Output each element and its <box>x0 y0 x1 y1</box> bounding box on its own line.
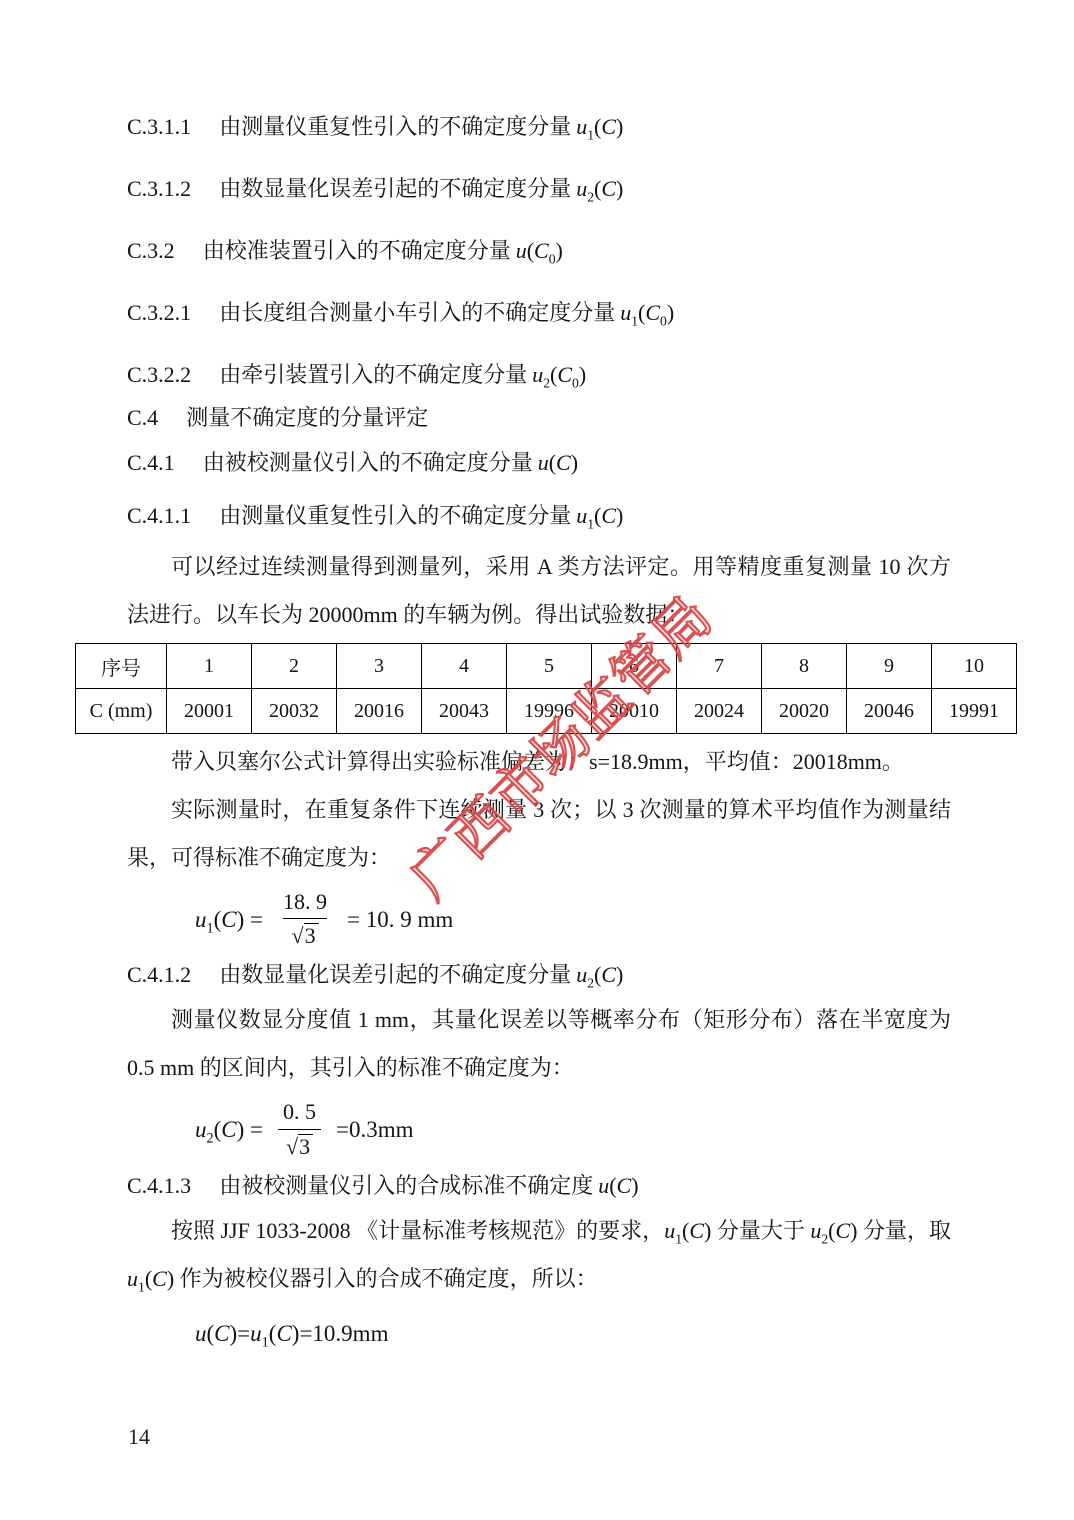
paragraph: 测量仪数显分度值 1 mm，其量化误差以等概率分布（矩形分布）落在半宽度为 0.… <box>127 996 951 1092</box>
radicand: 3 <box>304 923 319 948</box>
table-row: 序号12345678910 <box>76 644 1017 689</box>
section-heading-C.4.1: C.4.1由被校测量仪引入的不确定度分量u(C) <box>127 448 951 478</box>
heading-math: u(C0) <box>516 238 563 263</box>
section-heading-C.4.1.2: C.4.1.2由数显量化误差引起的不确定度分量u2(C) <box>127 960 951 990</box>
page-number: 14 <box>128 1424 150 1450</box>
formula-rhs: = 10. 9 mm <box>347 907 453 932</box>
table-cell: 序号 <box>76 644 167 689</box>
data-table: 序号12345678910C (mm)200012003220016200431… <box>75 643 1017 734</box>
heading-math: u(C) <box>538 450 578 475</box>
fraction-numerator: 18. 9 <box>273 890 337 918</box>
heading-title: 由被校测量仪引入的合成标准不确定度u(C) <box>219 1173 638 1198</box>
radical-sign: √ <box>286 1135 298 1159</box>
table-cell: 20046 <box>847 689 932 734</box>
formula-fraction: 0. 5√3 <box>273 1100 326 1158</box>
table-cell: 5 <box>507 644 592 689</box>
table-row: C (mm)2000120032200162004319996200102002… <box>76 689 1017 734</box>
table-cell: 4 <box>422 644 507 689</box>
heading-title: 测量不确定度的分量评定 <box>186 405 428 430</box>
formula: u2(C) =0. 5√3=0.3mm <box>127 1100 951 1158</box>
table-cell: 20032 <box>252 689 337 734</box>
paragraph: 可以经过连续测量得到测量列，采用 A 类方法评定。用等精度重复测量 10 次方法… <box>127 543 951 639</box>
table-cell: 20010 <box>592 689 677 734</box>
heading-math: u1(C0) <box>620 300 674 325</box>
section-heading-C.4.1.3: C.4.1.3由被校测量仪引入的合成标准不确定度u(C) <box>127 1171 951 1201</box>
heading-number: C.4.1.2 <box>127 962 191 987</box>
table-cell: 3 <box>337 644 422 689</box>
heading-title: 由数显量化误差引起的不确定度分量u2(C) <box>219 176 623 201</box>
heading-title: 由长度组合测量小车引入的不确定度分量u1(C0) <box>219 300 674 325</box>
heading-number: C.4.1.3 <box>127 1173 191 1198</box>
document-content: C.3.1.1由测量仪重复性引入的不确定度分量u1(C)C.3.1.2由数显量化… <box>127 112 951 1349</box>
formula-lhs: u1(C) = <box>195 907 263 932</box>
table-cell: 20024 <box>677 689 762 734</box>
table-cell: 8 <box>762 644 847 689</box>
heading-title: 由校准装置引入的不确定度分量u(C0) <box>203 238 563 263</box>
heading-number: C.4 <box>127 405 158 430</box>
document-page: 广西市场监管局 C.3.1.1由测量仪重复性引入的不确定度分量u1(C)C.3.… <box>0 0 1074 1520</box>
fraction-numerator: 0. 5 <box>273 1100 326 1128</box>
table-cell: C (mm) <box>76 689 167 734</box>
heading-math: u1(C) <box>576 114 623 139</box>
table-cell: 20020 <box>762 689 847 734</box>
table-cell: 19996 <box>507 689 592 734</box>
paragraph: 实际测量时，在重复条件下连续测量 3 次；以 3 次测量的算术平均值作为测量结果… <box>127 786 951 882</box>
heading-number: C.3.1.1 <box>127 114 191 139</box>
section-heading-C.3.2: C.3.2由校准装置引入的不确定度分量u(C0) <box>127 236 951 266</box>
heading-math: u(C) <box>598 1173 638 1198</box>
radicand: 3 <box>298 1134 313 1159</box>
heading-number: C.3.2.1 <box>127 300 191 325</box>
heading-number: C.3.2.2 <box>127 362 191 387</box>
section-heading-C.3.1.1: C.3.1.1由测量仪重复性引入的不确定度分量u1(C) <box>127 112 951 142</box>
table-cell: 10 <box>932 644 1017 689</box>
formula-rhs: =0.3mm <box>336 1117 414 1142</box>
section-heading-C.3.2.2: C.3.2.2由牵引装置引入的不确定度分量u2(C0) <box>127 360 951 390</box>
heading-number: C.4.1 <box>127 450 175 475</box>
table-cell: 2 <box>252 644 337 689</box>
formula-fraction: 18. 9√3 <box>273 890 337 948</box>
fraction-denominator: √3 <box>278 1129 321 1159</box>
heading-math: u1(C) <box>576 503 623 528</box>
section-heading-C.4: C.4测量不确定度的分量评定 <box>127 403 951 433</box>
section-heading-C.3.1.2: C.3.1.2由数显量化误差引起的不确定度分量u2(C) <box>127 174 951 204</box>
radical-sign: √ <box>291 924 303 948</box>
formula: u1(C) =18. 9√3= 10. 9 mm <box>127 890 951 948</box>
formula-lhs: u2(C) = <box>195 1117 263 1142</box>
table-cell: 19991 <box>932 689 1017 734</box>
section-heading-C.4.1.1: C.4.1.1由测量仪重复性引入的不确定度分量u1(C) <box>127 501 951 531</box>
heading-title: 由数显量化误差引起的不确定度分量u2(C) <box>219 962 623 987</box>
formula: u(C)=u1(C)=10.9mm <box>127 1319 951 1349</box>
section-heading-C.3.2.1: C.3.2.1由长度组合测量小车引入的不确定度分量u1(C0) <box>127 298 951 328</box>
table-cell: 9 <box>847 644 932 689</box>
heading-title: 由测量仪重复性引入的不确定度分量u1(C) <box>219 503 623 528</box>
paragraph: 按照 JJF 1033-2008 《计量标准考核规范》的要求，u1(C) 分量大… <box>127 1207 951 1303</box>
heading-title: 由被校测量仪引入的不确定度分量u(C) <box>203 450 578 475</box>
fraction-denominator: √3 <box>283 918 326 948</box>
heading-math: u2(C0) <box>532 362 586 387</box>
paragraph: 带入贝塞尔公式计算得出实验标准偏差为：s=18.9mm，平均值：20018mm。 <box>127 738 951 786</box>
table-cell: 20016 <box>337 689 422 734</box>
table-cell: 20043 <box>422 689 507 734</box>
heading-number: C.4.1.1 <box>127 503 191 528</box>
table-cell: 7 <box>677 644 762 689</box>
heading-title: 由牵引装置引入的不确定度分量u2(C0) <box>219 362 586 387</box>
table-cell: 1 <box>167 644 252 689</box>
heading-title: 由测量仪重复性引入的不确定度分量u1(C) <box>219 114 623 139</box>
heading-math: u2(C) <box>576 962 623 987</box>
heading-number: C.3.2 <box>127 238 175 263</box>
table-cell: 20001 <box>167 689 252 734</box>
heading-number: C.3.1.2 <box>127 176 191 201</box>
table-cell: 6 <box>592 644 677 689</box>
heading-math: u2(C) <box>576 176 623 201</box>
